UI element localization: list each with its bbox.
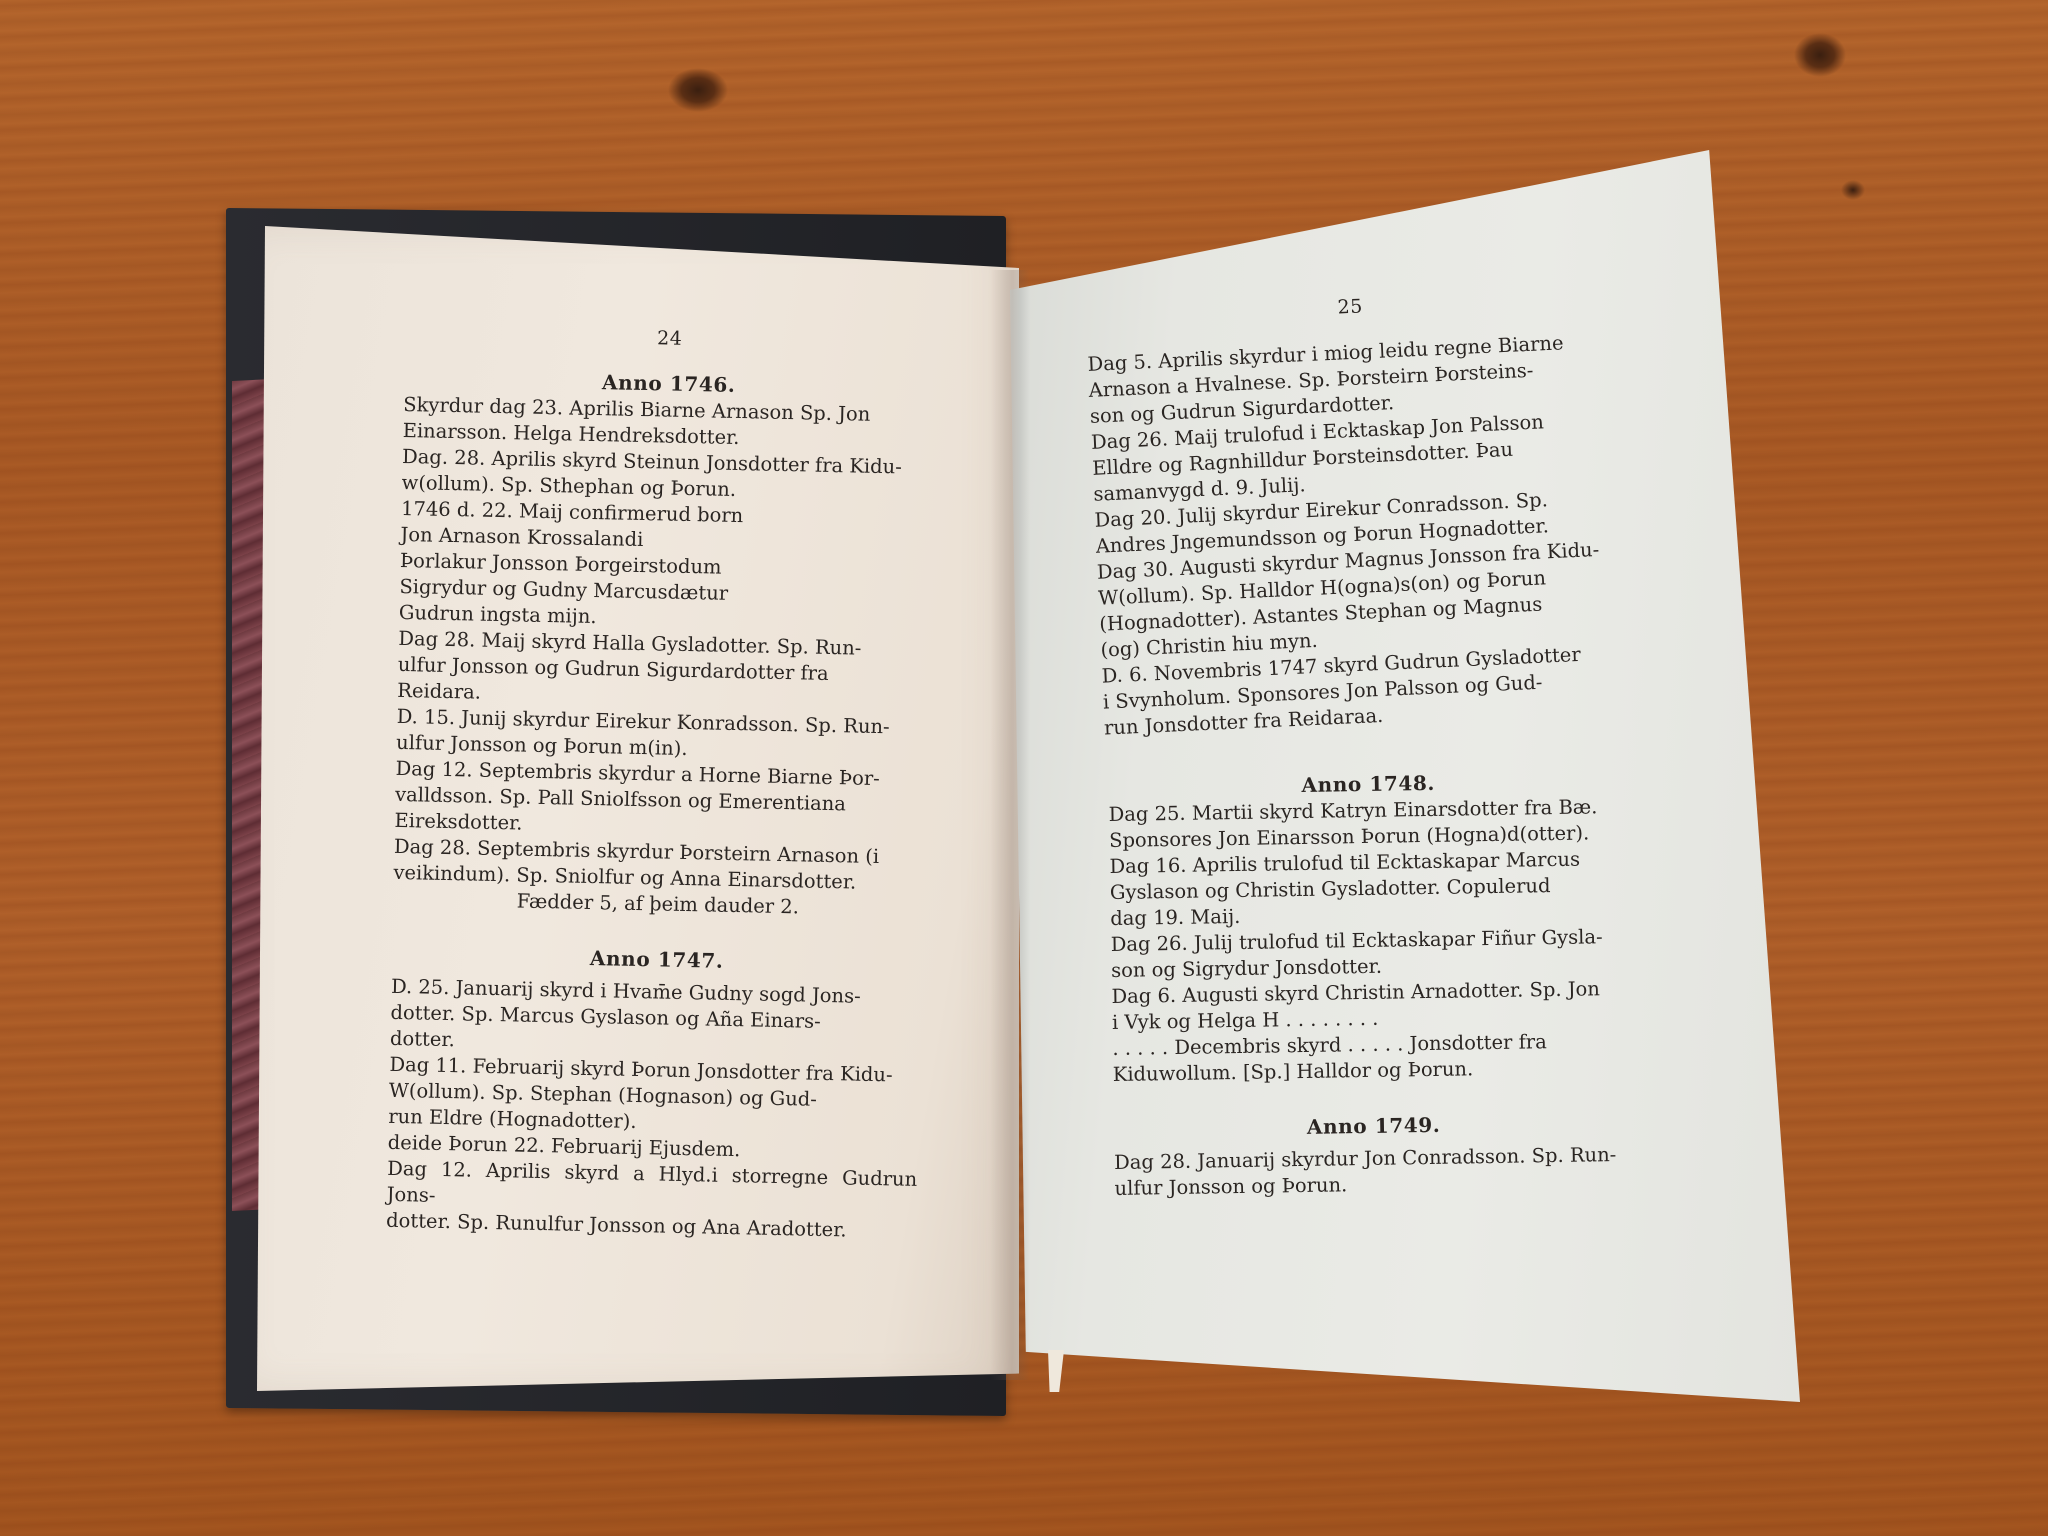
- marriage-entry: Dag 16. Aprilis trulofud til Ecktaskapar…: [1109, 846, 1630, 932]
- register-entry: Dag 12. Septembris skyrdur a Horne Biarn…: [394, 756, 926, 845]
- right-page-text-lower: Anno 1748. Dag 25. Martii skyrd Katryn E…: [1108, 762, 1635, 1202]
- year-heading: Anno 1747.: [392, 942, 922, 977]
- paper-slip: [1048, 1350, 1064, 1392]
- register-entry: Dag 11. Februarij skyrd Þorun Jonsdotter…: [388, 1052, 920, 1167]
- left-page-text: 24 Anno 1746. Skyrdur dag 23. Aprilis Bi…: [386, 322, 935, 1245]
- register-entry: Dag 25. Martii skyrd Katryn Einarsdotter…: [1109, 794, 1630, 854]
- year-heading: Anno 1749.: [1113, 1110, 1633, 1142]
- register-entry: Dag 28. Januarij skyrdur Jon Conradsson.…: [1114, 1142, 1635, 1202]
- register-entry: Dag 6. Augusti skyrd Christin Arnadotter…: [1111, 976, 1632, 1036]
- marriage-entry: Dag 26. Julij trulofud til Ecktaskapar F…: [1111, 924, 1632, 984]
- register-entry: Dag 12. Aprilis skyrd a Hlyd.i storregne…: [386, 1156, 918, 1245]
- confirmation-entry: 1746 d. 22. Maij confirmerud born Jon Ar…: [399, 496, 932, 637]
- register-entry: D. 25. Januarij skyrd i Hvam̄e Gudny sog…: [390, 974, 922, 1063]
- book-gutter: [990, 270, 1030, 1380]
- register-entry: Dag 28. Septembris skyrdur Þorsteirn Arn…: [393, 834, 925, 923]
- register-entry: . . . . . Decembris skyrd . . . . . Jons…: [1112, 1028, 1633, 1088]
- right-page-text-upper: 25 Dag 5. Aprilis skyrdur i miog leidu r…: [1085, 284, 1634, 742]
- register-entry: Dag 28. Maij skyrd Halla Gysladotter. Sp…: [397, 626, 929, 715]
